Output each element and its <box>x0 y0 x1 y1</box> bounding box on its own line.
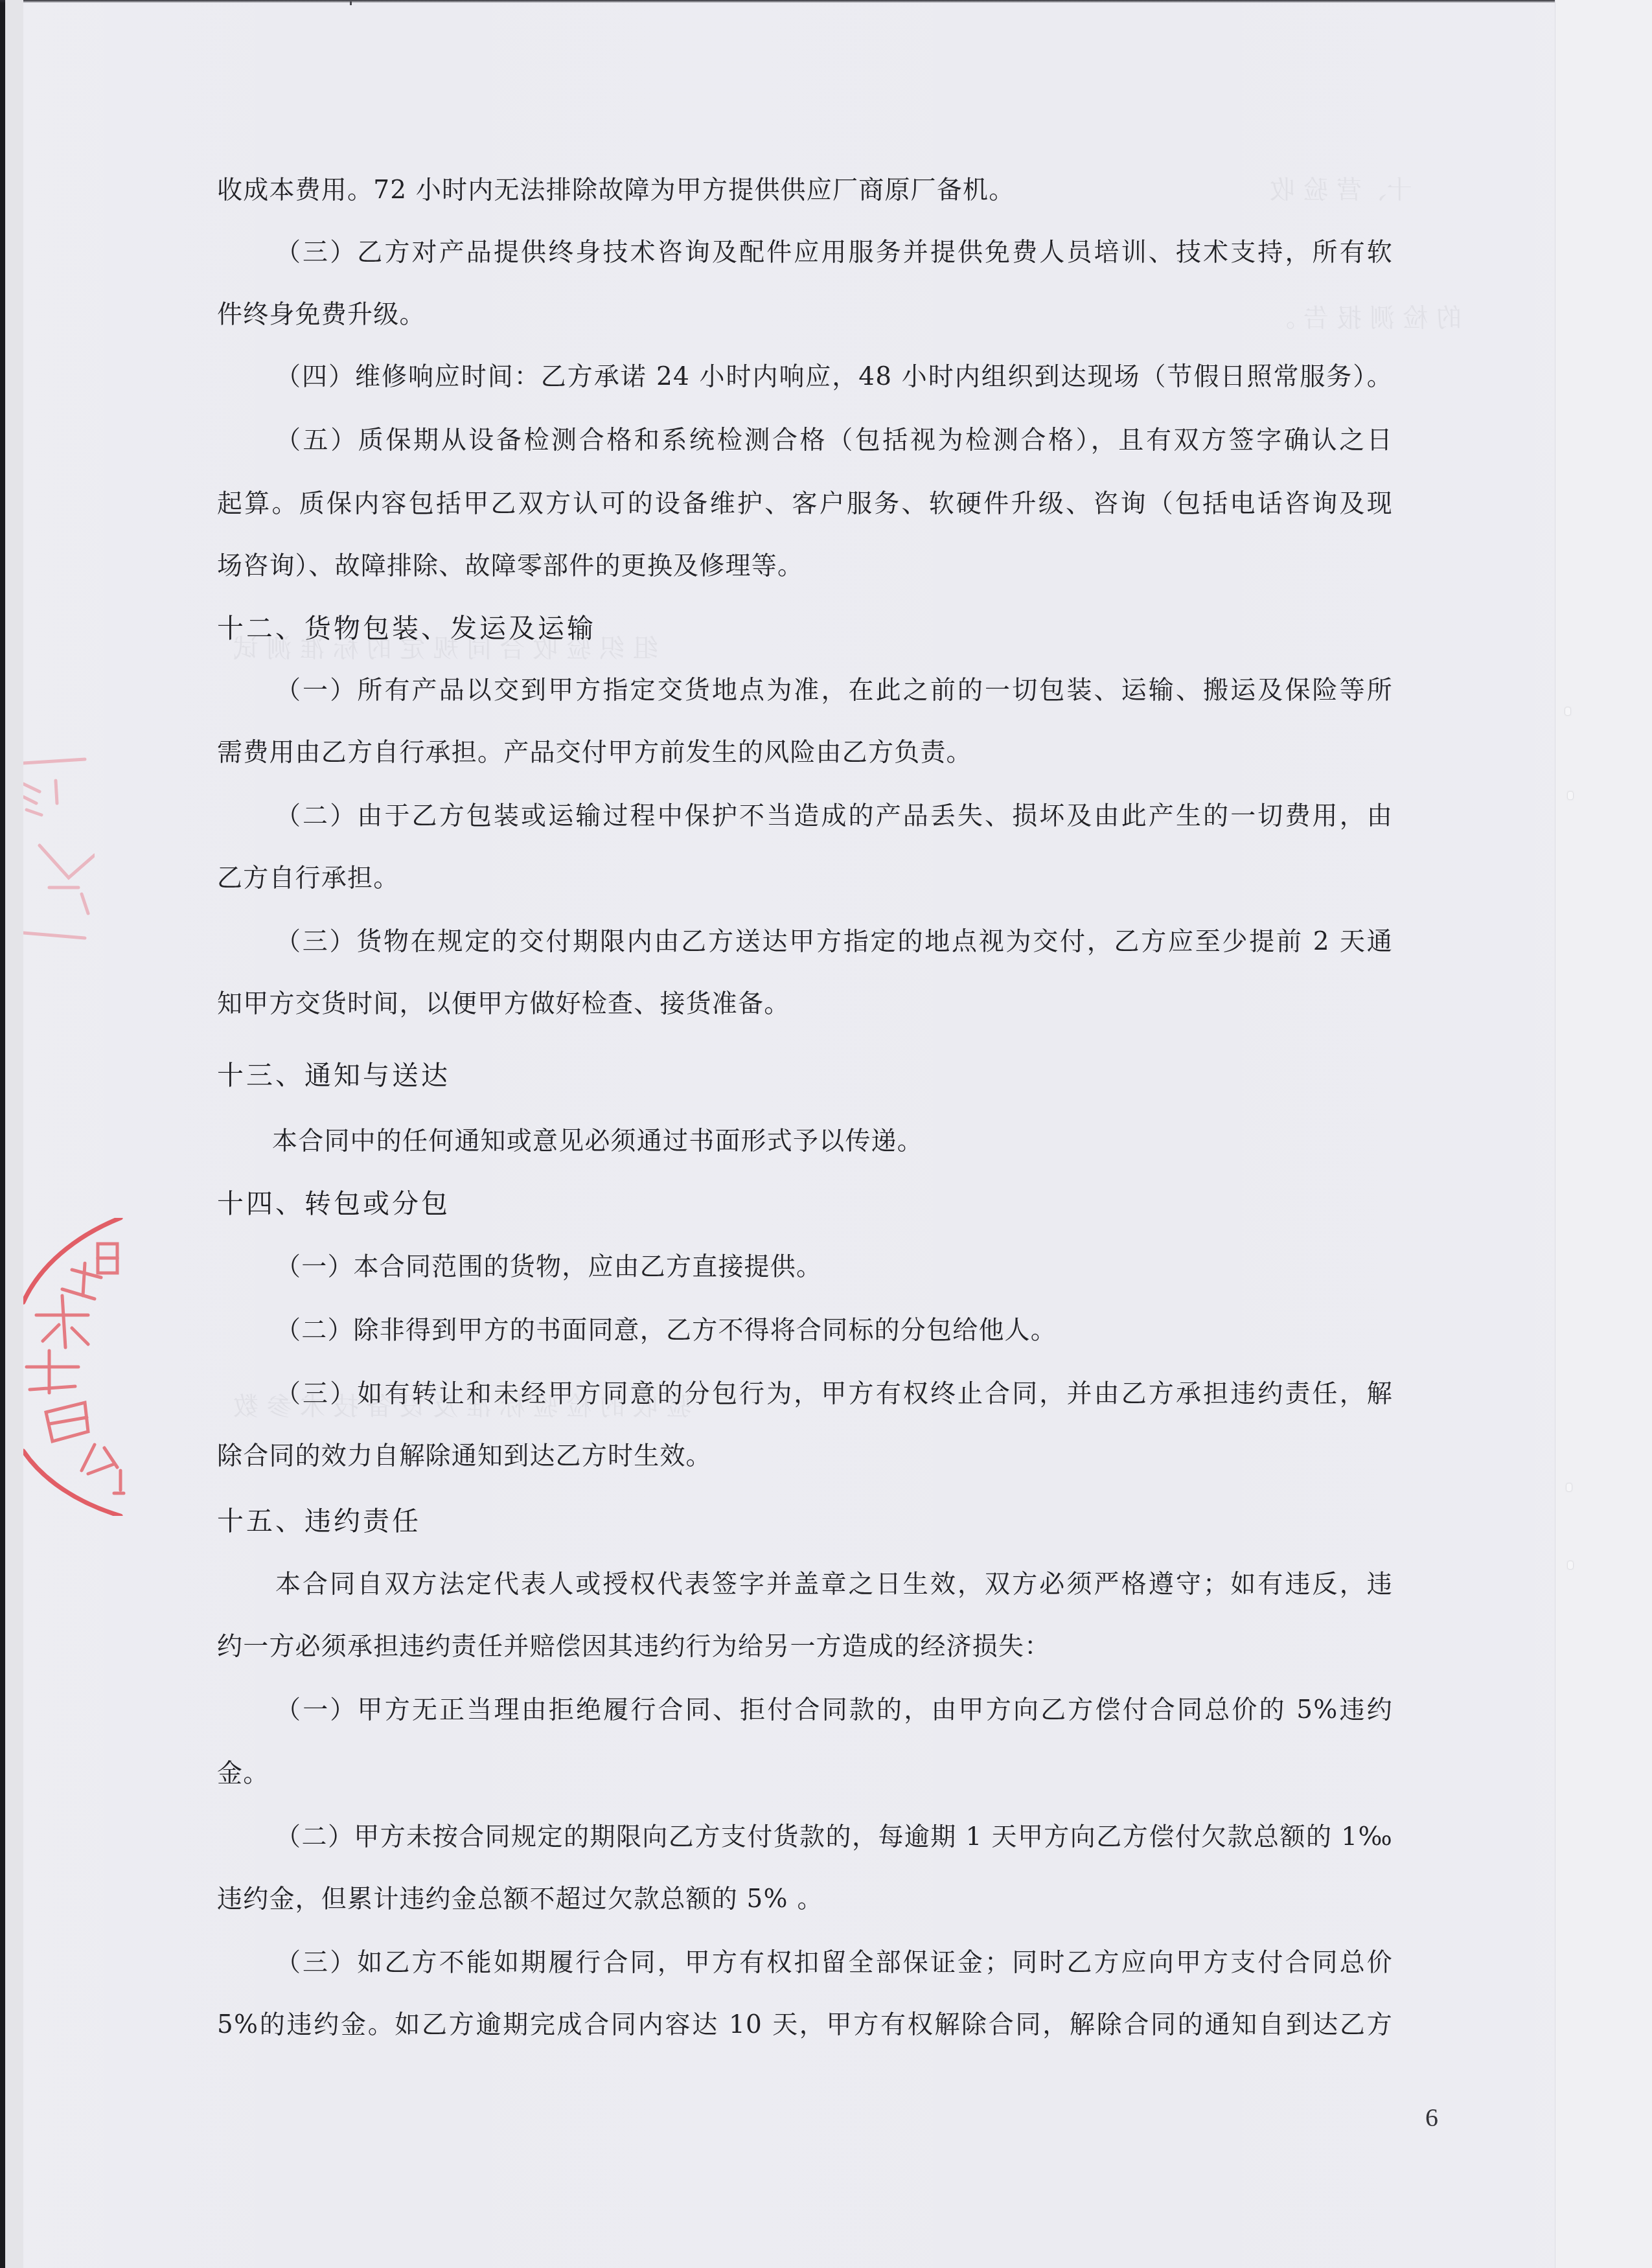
body-line: （一）本合同范围的货物，应由乙方直接提供。 <box>275 1250 822 1284</box>
body-line: （三）货物在规定的交付期限内由乙方送达甲方指定的地点视为交付，乙方应至少提前 2… <box>275 925 1393 959</box>
body-line: （二）除非得到甲方的书面同意，乙方不得将合同标的分包给他人。 <box>275 1314 1057 1347</box>
scan-border-left <box>0 0 5 2268</box>
body-line: （三）如乙方不能如期履行合同，甲方有权扣留全部保证金；同时乙方应向甲方支付合同总… <box>275 1946 1393 1980</box>
body-line: （二）甲方未按合同规定的期限向乙方支付货款的，每逾期 1 天甲方向乙方偿付欠款总… <box>275 1820 1393 1854</box>
section-heading-13: 十三、通知与送达 <box>217 1059 450 1092</box>
scan-speck <box>350 1 352 5</box>
body-line: （五）质保期从设备检测合格和系统检测合格（包括视为检测合格），且有双方签字确认之… <box>275 424 1393 457</box>
body-line: （二）由于乙方包装或运输过程中保护不当造成的产品丢失、损坏及由此产生的一切费用，… <box>275 799 1393 833</box>
section-heading-14: 十四、转包或分包 <box>217 1187 450 1220</box>
body-line: （一）所有产品以交到甲方指定交货地点为准，在此之前的一切包装、运输、搬运及保险等… <box>275 674 1393 707</box>
body-line: 乙方自行承担。 <box>217 862 399 895</box>
red-seal-stamp <box>23 1218 127 1516</box>
body-line: （一）甲方无正当理由拒绝履行合同、拒付合同款的，由甲方向乙方偿付合同总价的 5%… <box>275 1693 1393 1727</box>
body-line: 金。 <box>217 1757 269 1791</box>
body-line: （四）维修响应时间：乙方承诺 24 小时内响应，48 小时内组织到达现场（节假日… <box>275 360 1393 394</box>
paper-edge-left <box>5 0 23 2268</box>
bleed-through-text: 十、营 验 收 <box>1270 170 1412 206</box>
page-number: 6 <box>1425 2102 1438 2133</box>
staple-hole <box>1566 1483 1572 1491</box>
body-line: 除合同的效力自解除通知到达乙方时生效。 <box>217 1439 712 1473</box>
body-line: 场咨询）、故障排除、故障零部件的更换及修理等。 <box>217 549 803 583</box>
section-heading-15: 十五、违约责任 <box>217 1504 421 1538</box>
bleed-through-text: 的 检 测 报 告 。 <box>1270 298 1462 334</box>
body-line: 5%的违约金。如乙方逾期完成合同内容达 10 天，甲方有权解除合同，解除合同的通… <box>217 2008 1393 2042</box>
staple-hole <box>1568 1561 1573 1569</box>
body-line: 起算。质保内容包括甲乙双方认可的设备维护、客户服务、软硬件升级、咨询（包括电话咨… <box>217 487 1393 521</box>
body-line: （三）如有转让和未经甲方同意的分包行为，甲方有权终止合同，并由乙方承担违约责任，… <box>275 1377 1393 1411</box>
body-line: （三）乙方对产品提供终身技术咨询及配件应用服务并提供免费人员培训、技术支持，所有… <box>275 236 1393 269</box>
body-line: 需费用由乙方自行承担。产品交付甲方前发生的风险由乙方负责。 <box>217 736 972 770</box>
staple-hole <box>1568 792 1573 799</box>
body-line: 件终身免费升级。 <box>217 298 426 332</box>
body-line: 知甲方交货时间，以便甲方做好检查、接货准备。 <box>217 987 790 1021</box>
body-line: 本合同自双方法定代表人或授权代表签字并盖章之日生效，双方必须严格遵守；如有违反，… <box>275 1568 1393 1601</box>
scanned-page: 十、营 验 收 的 检 测 报 告 。 组 织 验 收 合 同 规 定 的 标 … <box>0 0 1652 2268</box>
body-line: 违约金，但累计违约金总额不超过欠款总额的 5% 。 <box>217 1883 823 1916</box>
body-line: 约一方必须承担违约责任并赔偿因其违约行为给另一方造成的经济损失： <box>217 1630 1050 1664</box>
section-heading-12: 十二、货物包装、发运及运输 <box>217 612 596 645</box>
paper-edge-right <box>1555 0 1652 2268</box>
staple-hole <box>1565 707 1570 715</box>
body-line: 收成本费用。72 小时内无法排除故障为甲方提供供应厂商原厂备机。 <box>217 174 1015 207</box>
body-line: 本合同中的任何通知或意见必须通过书面形式予以传递。 <box>272 1125 923 1158</box>
red-seal-stamp-upper <box>23 732 95 946</box>
